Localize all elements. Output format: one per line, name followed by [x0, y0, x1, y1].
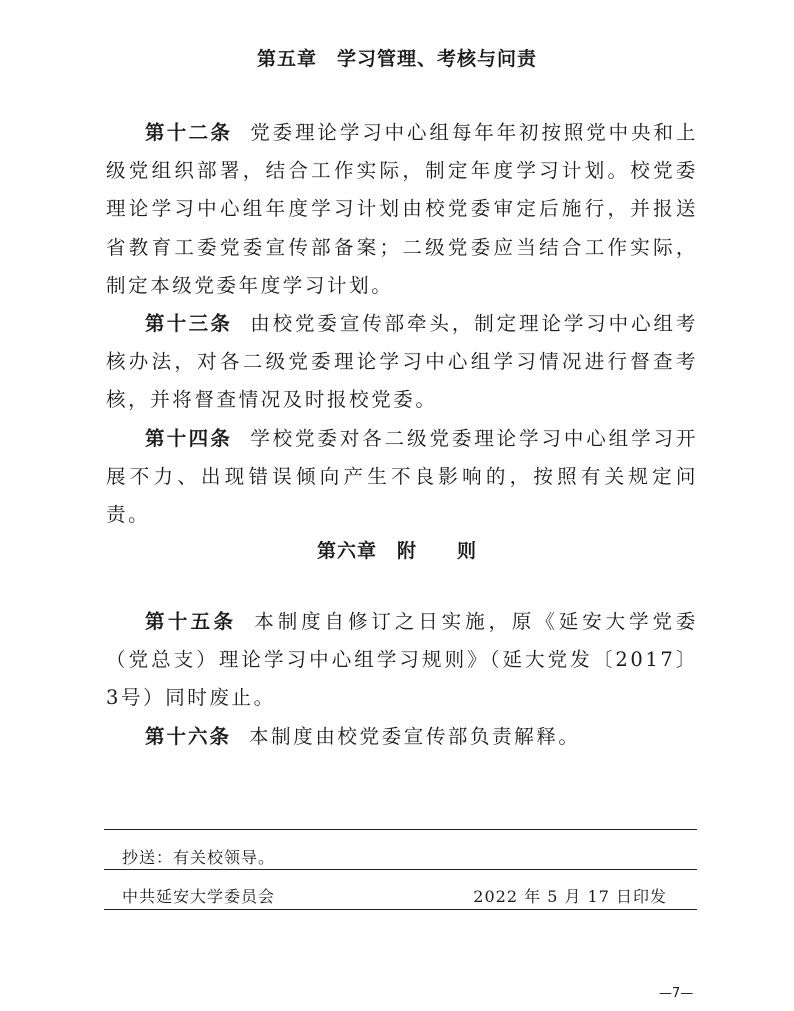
article-16: 第十六条本制度由校党委宣传部负责解释。 [106, 718, 698, 756]
article-15-label: 第十五条 [145, 610, 236, 633]
issuer-line: 中共延安大学委员会 2022 年 5 月 17 日印发 [122, 884, 667, 907]
chapter-6-title: 第六章 附 则 [0, 536, 794, 563]
page-number: —7— [659, 986, 693, 1001]
article-12: 第十二条党委理论学习中心组每年年初按照党中央和上级党组织部署，结合工作实际，制定… [106, 114, 698, 305]
issue-date: 2022 年 5 月 17 日印发 [473, 884, 667, 907]
article-12-text: 党委理论学习中心组每年年初按照党中央和上级党组织部署，结合工作实际，制定年度学习… [106, 121, 698, 297]
article-13: 第十三条由校党委宣传部牵头，制定理论学习中心组考核办法，对各二级党委理论学习中心… [106, 305, 698, 420]
issuer-name: 中共延安大学委员会 [122, 887, 275, 906]
article-12-label: 第十二条 [145, 121, 232, 144]
article-13-label: 第十三条 [145, 312, 232, 335]
article-16-text: 本制度由校党委宣传部负责解释。 [249, 725, 581, 748]
article-14: 第十四条学校党委对各二级党委理论学习中心组学习开展不力、出现错误倾向产生不良影响… [106, 420, 698, 535]
article-16-label: 第十六条 [145, 725, 231, 748]
footer-bottom-rule [104, 909, 697, 910]
article-14-label: 第十四条 [145, 427, 232, 450]
cc-line: 抄送：有关校领导。 [122, 845, 667, 868]
chapter-5-title: 第五章 学习管理、考核与问责 [0, 44, 794, 71]
document-page: 第五章 学习管理、考核与问责 第十二条党委理论学习中心组每年年初按照党中央和上级… [0, 0, 794, 1011]
footer-top-rule [104, 829, 697, 830]
article-15: 第十五条本制度自修订之日实施，原《延安大学党委（党总支）理论学习中心组学习规则》… [106, 603, 698, 718]
footer-middle-rule [104, 869, 697, 870]
cc-text: 抄送：有关校领导。 [122, 848, 275, 867]
